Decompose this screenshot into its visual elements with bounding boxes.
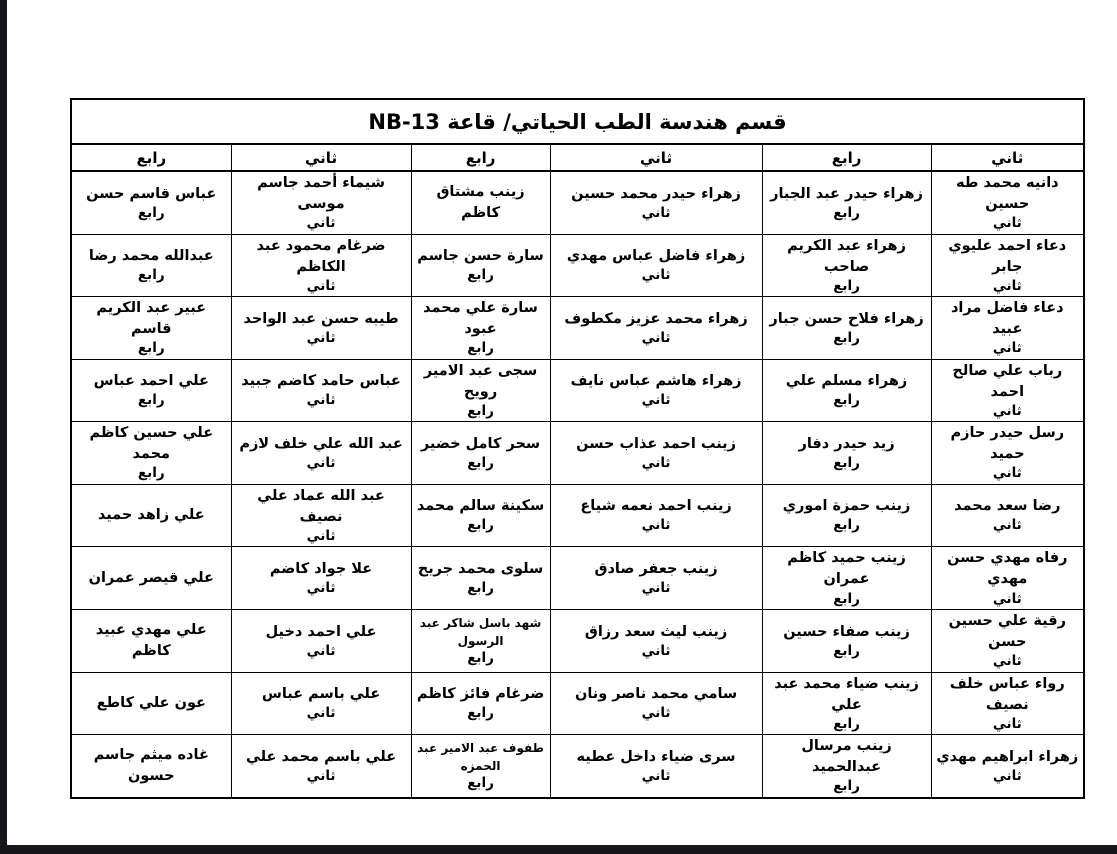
student-cell: علي احمد دخيلثاني xyxy=(231,610,411,673)
student-name: علي حسين كاظم محمد xyxy=(75,423,228,465)
student-name: ضرغام محمود عبد الكاظم xyxy=(235,236,408,278)
table-row: رفاه مهدي حسن مهديثانيزينب حميد كاظم عمر… xyxy=(71,547,1084,610)
student-cell: سلوى محمد جريحرابع xyxy=(411,547,550,610)
table-row: رقية علي حسين حسنثانيزينب صفاء حسينرابعز… xyxy=(71,610,1084,673)
student-name: رفاه مهدي حسن مهدي xyxy=(935,548,1081,590)
column-header: رابع xyxy=(411,144,550,171)
table-row: رسل حيدر حازم حميدثانيزيد حيدر دفاررابعز… xyxy=(71,422,1084,485)
student-stage: ثاني xyxy=(554,643,759,661)
table-row: زهراء ابراهيم مهديثانيزينب مرسال عبدالحم… xyxy=(71,735,1084,798)
student-cell: دعاء فاضل مراد عبيدثاني xyxy=(931,297,1084,360)
table-title: قسم هندسة الطب الحياتي/ قاعة NB-13 xyxy=(71,99,1084,144)
student-cell: علي زاهد حميد xyxy=(71,484,231,547)
page: { "page": { "title": "قسم هندسة الطب الح… xyxy=(0,0,1117,854)
student-stage: رابع xyxy=(766,392,928,410)
table-row: رضا سعد محمدثانيزينب حمزة اموريرابعزينب … xyxy=(71,484,1084,547)
student-stage: ثاني xyxy=(235,580,408,598)
student-name: زينب حميد كاظم عمران xyxy=(766,548,928,590)
student-cell: علي باسم محمد عليثاني xyxy=(231,735,411,798)
student-stage: ثاني xyxy=(235,392,408,410)
student-name: علي باسم عباس xyxy=(235,684,408,705)
student-stage: ثاني xyxy=(935,340,1081,358)
student-cell: عبد الله عماد علي نصيفثاني xyxy=(231,484,411,547)
student-cell: زهراء فاضل عباس مهديثاني xyxy=(550,234,762,297)
student-name: زهراء هاشم عباس نايف xyxy=(554,371,759,392)
student-name: زهراء فلاح حسن جبار xyxy=(766,309,928,330)
student-name: سرى ضياء داخل عطيه xyxy=(554,747,759,768)
student-name: زينب مرسال عبدالحميد xyxy=(766,736,928,778)
student-cell: رسل حيدر حازم حميدثاني xyxy=(931,422,1084,485)
student-stage: رابع xyxy=(415,517,547,535)
student-cell: زينب ضياء محمد عبد عليرابع xyxy=(762,672,931,735)
student-cell: زهراء حيدر محمد حسينثاني xyxy=(550,171,762,234)
student-cell: علي مهدي عبيد كاظم xyxy=(71,610,231,673)
student-cell: سامي محمد ناصر ونانثاني xyxy=(550,672,762,735)
image-edge-left xyxy=(0,0,7,854)
column-header: ثاني xyxy=(231,144,411,171)
student-cell: شهد باسل شاكر عبد الرسولرابع xyxy=(411,610,550,673)
student-stage: رابع xyxy=(766,278,928,296)
student-stage: رابع xyxy=(766,517,928,535)
student-cell: عون علي كاطع xyxy=(71,672,231,735)
student-stage: رابع xyxy=(415,650,547,668)
student-name: عباس قاسم حسن xyxy=(75,184,228,205)
student-stage: رابع xyxy=(415,340,547,358)
student-cell: زينب حميد كاظم عمرانرابع xyxy=(762,547,931,610)
student-cell: سجى عبد الامير رويحرابع xyxy=(411,359,550,422)
student-stage: ثاني xyxy=(554,705,759,723)
student-cell: زينب ليث سعد رزاقثاني xyxy=(550,610,762,673)
student-name: علا جواد كاضم xyxy=(235,559,408,580)
student-stage: ثاني xyxy=(554,455,759,473)
student-name: علي احمد دخيل xyxy=(235,622,408,643)
student-cell: شيماء أحمد جاسم موسىثاني xyxy=(231,171,411,234)
student-cell: علي باسم عباسثاني xyxy=(231,672,411,735)
student-cell: علي قيصر عمران xyxy=(71,547,231,610)
student-cell: عبير عبد الكريم قاسمرابع xyxy=(71,297,231,360)
table-row: رباب علي صالح احمدثانيزهراء مسلم عليرابع… xyxy=(71,359,1084,422)
student-name: دعاء احمد عليوي جابر xyxy=(935,236,1081,278)
student-name: زهراء ابراهيم مهدي xyxy=(935,747,1081,768)
student-cell: سكينة سالم محمدرابع xyxy=(411,484,550,547)
student-cell: علي حسين كاظم محمدرابع xyxy=(71,422,231,485)
student-cell: زينب احمد عذاب حسنثاني xyxy=(550,422,762,485)
student-name: سارة علي محمد عبود xyxy=(415,298,547,340)
student-stage: ثاني xyxy=(235,330,408,348)
student-stage: رابع xyxy=(75,465,228,483)
column-header: ثاني xyxy=(550,144,762,171)
student-name: رباب علي صالح احمد xyxy=(935,361,1081,403)
student-stage: ثاني xyxy=(554,330,759,348)
student-cell: طيبه حسن عبد الواحدثاني xyxy=(231,297,411,360)
student-cell: زهراء حيدر عبد الجباررابع xyxy=(762,171,931,234)
student-cell: زينب صفاء حسينرابع xyxy=(762,610,931,673)
student-name: زينب صفاء حسين xyxy=(766,622,928,643)
student-cell: زينب حمزة اموريرابع xyxy=(762,484,931,547)
table-row: رواء عباس خلف نصيفثانيزينب ضياء محمد عبد… xyxy=(71,672,1084,735)
student-stage: ثاني xyxy=(935,716,1081,734)
student-cell: زينب جعفر صادقثاني xyxy=(550,547,762,610)
student-stage: رابع xyxy=(766,643,928,661)
student-name: ضرغام فائز كاظم xyxy=(415,684,547,705)
student-stage: رابع xyxy=(766,205,928,223)
student-name: سكينة سالم محمد xyxy=(415,496,547,517)
student-stage: رابع xyxy=(415,267,547,285)
student-name: زينب ليث سعد رزاق xyxy=(554,622,759,643)
student-cell: عبد الله علي خلف لازمثاني xyxy=(231,422,411,485)
student-stage: ثاني xyxy=(935,653,1081,671)
student-cell: علا جواد كاضمثاني xyxy=(231,547,411,610)
student-name: سلوى محمد جريح xyxy=(415,559,547,580)
student-stage: ثاني xyxy=(935,403,1081,421)
student-cell: رضا سعد محمدثاني xyxy=(931,484,1084,547)
student-stage: ثاني xyxy=(935,465,1081,483)
student-name: شهد باسل شاكر عبد الرسول xyxy=(415,614,547,650)
student-name: دانيه محمد طه حسين xyxy=(935,173,1081,215)
student-stage: رابع xyxy=(766,330,928,348)
student-name: زهراء عبد الكريم صاحب xyxy=(766,236,928,278)
column-header: رابع xyxy=(762,144,931,171)
student-cell: رباب علي صالح احمدثاني xyxy=(931,359,1084,422)
student-cell: زهراء ابراهيم مهديثاني xyxy=(931,735,1084,798)
student-cell: زينب احمد نعمه شياعثاني xyxy=(550,484,762,547)
student-stage: ثاني xyxy=(935,278,1081,296)
student-stage: ثاني xyxy=(235,278,408,296)
column-header: رابع xyxy=(71,144,231,171)
student-stage: ثاني xyxy=(235,768,408,786)
student-cell: سارة حسن جاسمرابع xyxy=(411,234,550,297)
student-stage: ثاني xyxy=(935,517,1081,535)
student-name: علي باسم محمد علي xyxy=(235,747,408,768)
student-cell: عباس قاسم حسنرابع xyxy=(71,171,231,234)
student-name: سجى عبد الامير رويح xyxy=(415,361,547,403)
student-cell: زينب مرسال عبدالحميدرابع xyxy=(762,735,931,798)
student-stage: رابع xyxy=(75,392,228,410)
student-stage: رابع xyxy=(415,580,547,598)
column-header: ثاني xyxy=(931,144,1084,171)
student-name: عبد الله علي خلف لازم xyxy=(235,434,408,455)
title-row: قسم هندسة الطب الحياتي/ قاعة NB-13 xyxy=(71,99,1084,144)
student-name: زيد حيدر دفار xyxy=(766,434,928,455)
student-stage: رابع xyxy=(75,340,228,358)
student-name: طيبه حسن عبد الواحد xyxy=(235,309,408,330)
student-name: سارة حسن جاسم xyxy=(415,246,547,267)
student-cell: دعاء احمد عليوي جابرثاني xyxy=(931,234,1084,297)
student-stage: رابع xyxy=(75,267,228,285)
student-name: زينب مشتاق كاظم xyxy=(415,182,547,224)
student-name: سحر كامل خضير xyxy=(415,434,547,455)
student-name: زهراء حيدر محمد حسين xyxy=(554,184,759,205)
student-cell: سحر كامل خضيررابع xyxy=(411,422,550,485)
student-stage: رابع xyxy=(766,778,928,796)
student-stage: رابع xyxy=(415,403,547,421)
student-stage: ثاني xyxy=(554,392,759,410)
student-stage: ثاني xyxy=(235,643,408,661)
student-name: عبير عبد الكريم قاسم xyxy=(75,298,228,340)
student-name: زينب احمد عذاب حسن xyxy=(554,434,759,455)
student-name: علي قيصر عمران xyxy=(75,568,228,589)
student-stage: ثاني xyxy=(935,215,1081,233)
student-name: زينب ضياء محمد عبد علي xyxy=(766,674,928,716)
student-stage: ثاني xyxy=(554,580,759,598)
student-name: رواء عباس خلف نصيف xyxy=(935,674,1081,716)
student-stage: ثاني xyxy=(235,705,408,723)
student-cell: زيد حيدر دفاررابع xyxy=(762,422,931,485)
student-cell: غاده ميثم جاسم حسون xyxy=(71,735,231,798)
student-name: زهراء فاضل عباس مهدي xyxy=(554,246,759,267)
student-name: رقية علي حسين حسن xyxy=(935,611,1081,653)
student-cell: رقية علي حسين حسنثاني xyxy=(931,610,1084,673)
student-cell: زهراء فلاح حسن جباررابع xyxy=(762,297,931,360)
student-name: غاده ميثم جاسم حسون xyxy=(75,745,228,787)
student-stage: ثاني xyxy=(935,768,1081,786)
student-cell: علي احمد عباسرابع xyxy=(71,359,231,422)
student-stage: رابع xyxy=(75,205,228,223)
student-stage: رابع xyxy=(415,455,547,473)
student-cell: ضرغام محمود عبد الكاظمثاني xyxy=(231,234,411,297)
student-cell: زهراء عبد الكريم صاحبرابع xyxy=(762,234,931,297)
student-name: عبد الله عماد علي نصيف xyxy=(235,486,408,528)
student-name: زينب احمد نعمه شياع xyxy=(554,496,759,517)
student-name: عون علي كاطع xyxy=(75,693,228,714)
table-row: دانيه محمد طه حسينثانيزهراء حيدر عبد الج… xyxy=(71,171,1084,234)
student-stage: رابع xyxy=(766,591,928,609)
image-edge-bottom xyxy=(0,845,1117,854)
student-name: زينب حمزة اموري xyxy=(766,496,928,517)
student-stage: ثاني xyxy=(554,267,759,285)
header-row: ثاني رابع ثاني رابع ثاني رابع xyxy=(71,144,1084,171)
student-name: رضا سعد محمد xyxy=(935,496,1081,517)
student-cell: زهراء محمد عزيز مكطوفثاني xyxy=(550,297,762,360)
table-row: دعاء فاضل مراد عبيدثانيزهراء فلاح حسن جب… xyxy=(71,297,1084,360)
student-name: علي زاهد حميد xyxy=(75,505,228,526)
student-cell: دانيه محمد طه حسينثاني xyxy=(931,171,1084,234)
student-cell: سرى ضياء داخل عطيهثاني xyxy=(550,735,762,798)
student-name: شيماء أحمد جاسم موسى xyxy=(235,173,408,215)
student-stage: ثاني xyxy=(935,591,1081,609)
student-name: زينب جعفر صادق xyxy=(554,559,759,580)
student-cell: زينب مشتاق كاظم xyxy=(411,171,550,234)
table-row: دعاء احمد عليوي جابرثانيزهراء عبد الكريم… xyxy=(71,234,1084,297)
student-name: طفوف عبد الامير عبد الحمزه xyxy=(415,739,547,775)
student-name: عبدالله محمد رضا xyxy=(75,246,228,267)
student-name: زهراء محمد عزيز مكطوف xyxy=(554,309,759,330)
student-name: زهراء مسلم علي xyxy=(766,371,928,392)
student-name: رسل حيدر حازم حميد xyxy=(935,423,1081,465)
student-stage: ثاني xyxy=(554,768,759,786)
student-stage: ثاني xyxy=(554,205,759,223)
student-cell: رواء عباس خلف نصيفثاني xyxy=(931,672,1084,735)
schedule-table: قسم هندسة الطب الحياتي/ قاعة NB-13 ثاني … xyxy=(70,98,1085,799)
student-name: زهراء حيدر عبد الجبار xyxy=(766,184,928,205)
student-stage: ثاني xyxy=(235,215,408,233)
student-cell: زهراء مسلم عليرابع xyxy=(762,359,931,422)
student-name: عباس حامد كاضم جبيد xyxy=(235,371,408,392)
student-name: علي احمد عباس xyxy=(75,371,228,392)
student-stage: رابع xyxy=(766,716,928,734)
student-stage: ثاني xyxy=(554,517,759,535)
student-stage: ثاني xyxy=(235,455,408,473)
student-stage: رابع xyxy=(415,705,547,723)
student-name: علي مهدي عبيد كاظم xyxy=(75,620,228,662)
student-cell: عبدالله محمد رضارابع xyxy=(71,234,231,297)
student-cell: زهراء هاشم عباس نايفثاني xyxy=(550,359,762,422)
student-cell: رفاه مهدي حسن مهديثاني xyxy=(931,547,1084,610)
student-cell: ضرغام فائز كاظمرابع xyxy=(411,672,550,735)
student-stage: ثاني xyxy=(235,528,408,546)
student-stage: رابع xyxy=(766,455,928,473)
student-name: دعاء فاضل مراد عبيد xyxy=(935,298,1081,340)
student-cell: طفوف عبد الامير عبد الحمزهرابع xyxy=(411,735,550,798)
table-body: دانيه محمد طه حسينثانيزهراء حيدر عبد الج… xyxy=(71,171,1084,798)
student-cell: سارة علي محمد عبودرابع xyxy=(411,297,550,360)
student-cell: عباس حامد كاضم جبيدثاني xyxy=(231,359,411,422)
student-name: سامي محمد ناصر ونان xyxy=(554,684,759,705)
student-stage: رابع xyxy=(415,775,547,793)
